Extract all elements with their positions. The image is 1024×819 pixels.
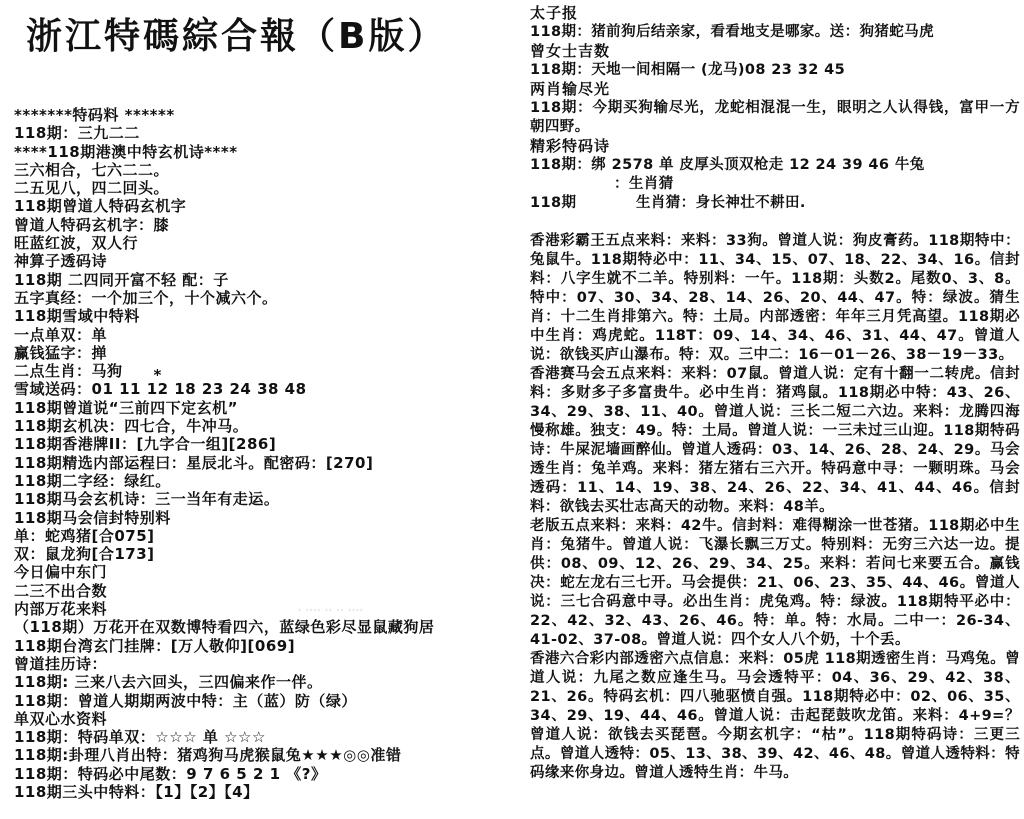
text-line: 118期马会信封特别料 — [14, 509, 516, 527]
text-line: （118期）万花开在双数博特看四六，蓝绿色彩尽显鼠藏狗居 — [14, 618, 516, 636]
right-column: 太子报118期：猪前狗后结亲家，看看地支是哪家。送：狗猪蛇马虎曾女士吉数118期… — [530, 4, 1020, 783]
text-line: 118期雪域中特料 — [14, 307, 516, 325]
text-line: ****118期港澳中特玄机诗**** — [14, 143, 516, 161]
text-line: 118期二字经：绿红。 — [14, 472, 516, 490]
section-spacer — [530, 213, 1020, 232]
paragraph: 118期：今期买狗输尽光，龙蛇相混混一生，眼明之人认得钱，富甲一方朝四野。 — [530, 99, 1020, 137]
text-line: 118期曾道说“三前四下定玄机” — [14, 399, 516, 417]
text-line: 118期:卦理八肖出特：猪鸡狗马虎猴鼠兔★★★◎◎准错 — [14, 746, 516, 764]
section-header: 两肖输尽光 — [530, 80, 1020, 99]
paragraph: 香港彩霸王五点来料：来料：33狗。曾道人说：狗皮膏药。118期特中：兔鼠牛。11… — [530, 232, 1020, 365]
text-line: 今日偏中东门 — [14, 563, 516, 581]
text-line: 118期香港牌II：[九字合一组][286] — [14, 435, 516, 453]
text-line: 一点单双：单 — [14, 326, 516, 344]
text-line: 118期 二四同开富不轻 配：子 — [14, 271, 516, 289]
text-line: 内部万花来料 — [14, 600, 516, 618]
section-header: 太子报 — [530, 4, 1020, 23]
text-line: 118期：曾道人期期两波中特：主（蓝）防（绿） — [14, 692, 516, 710]
text-line: 三六相合，七六二二。 — [14, 161, 516, 179]
text-line: 旺蓝红波，双人行 — [14, 234, 516, 252]
text-line: 二三不出合数 — [14, 582, 516, 600]
text-line: 双：鼠龙狗[合173] — [14, 545, 516, 563]
newspaper-page: 浙江特碼綜合報（B版） · ···· ·· ·· ···· *******特码料… — [0, 0, 1024, 819]
text-line: 118期三头中特料：【1】【2】【4】 — [14, 783, 516, 801]
section-header: 精彩特码诗 — [530, 137, 1020, 156]
section-header: 曾女士吉数 — [530, 42, 1020, 61]
paragraph: 118期：猪前狗后结亲家，看看地支是哪家。送：狗猪蛇马虎 — [530, 23, 1020, 42]
text-line: 五字真经：一个加三个，十个减六个。 — [14, 289, 516, 307]
text-line: 单双心水资料 — [14, 710, 516, 728]
text-line: 118期台湾玄门挂牌：[万人敬仰][069] — [14, 637, 516, 655]
paragraph: 118期 生肖猜：身长神壮不耕田. — [530, 194, 1020, 213]
text-line: 118期曾道人特码玄机字 — [14, 197, 516, 215]
text-line: 118期马会玄机诗：三一当年有走运。 — [14, 490, 516, 508]
paragraph: 118期：天地一间相隔一 (龙马)08 23 32 45 — [530, 61, 1020, 80]
text-line: 雪域送码：01 11 12 18 23 24 38 48 — [14, 380, 516, 398]
paragraph: 香港赛马会五点来料：来料：07鼠。曾道人说：定有十翻一二转虎。信封料：多财多子多… — [530, 365, 1020, 517]
text-line: 118期玄机决：四七合，牛冲马。 — [14, 417, 516, 435]
text-line: 二点生肖：马狗 ⁎ — [14, 362, 516, 380]
text-line: 118期: 三来八去六回头，三四偏来作一伴。 — [14, 673, 516, 691]
text-line: *******特码料 ****** — [14, 106, 516, 124]
text-line: 赢钱猛字：掸 — [14, 344, 516, 362]
text-line: 曾道人特码玄机字：膝 — [14, 216, 516, 234]
left-column: *******特码料 ******118期：三九二二****118期港澳中特玄机… — [14, 106, 516, 801]
newspaper-title: 浙江特碼綜合報（B版） — [26, 8, 446, 59]
text-line: 118期精选内部运程曰：星辰北斗。配密码：[270] — [14, 454, 516, 472]
text-line: 神算子透码诗 — [14, 252, 516, 270]
paragraph: ：生肖猜 — [530, 175, 1020, 194]
text-line: 二五见八，四二回头。 — [14, 179, 516, 197]
paragraph: 老版五点来料：来料：42牛。信封料：难得糊涂一世苍猪。118期必中生肖：兔猪牛。… — [530, 517, 1020, 650]
text-line: 单：蛇鸡猪[合075] — [14, 527, 516, 545]
text-line: 曾道挂历诗： — [14, 655, 516, 673]
text-line: 118期：特码单双：☆☆☆ 单 ☆☆☆ — [14, 728, 516, 746]
paragraph: 118期：绑 2578 单 皮厚头顶双枪走 12 24 39 46 牛兔 — [530, 156, 1020, 175]
text-line: 118期：三九二二 — [14, 124, 516, 142]
text-line: 118期：特码必中尾数：9 7 6 5 2 1 《?》 — [14, 765, 516, 783]
paragraph: 香港六合彩内部透密六点信息：来料：05虎 118期透密生肖：马鸡兔。曾道人说：九… — [530, 650, 1020, 783]
